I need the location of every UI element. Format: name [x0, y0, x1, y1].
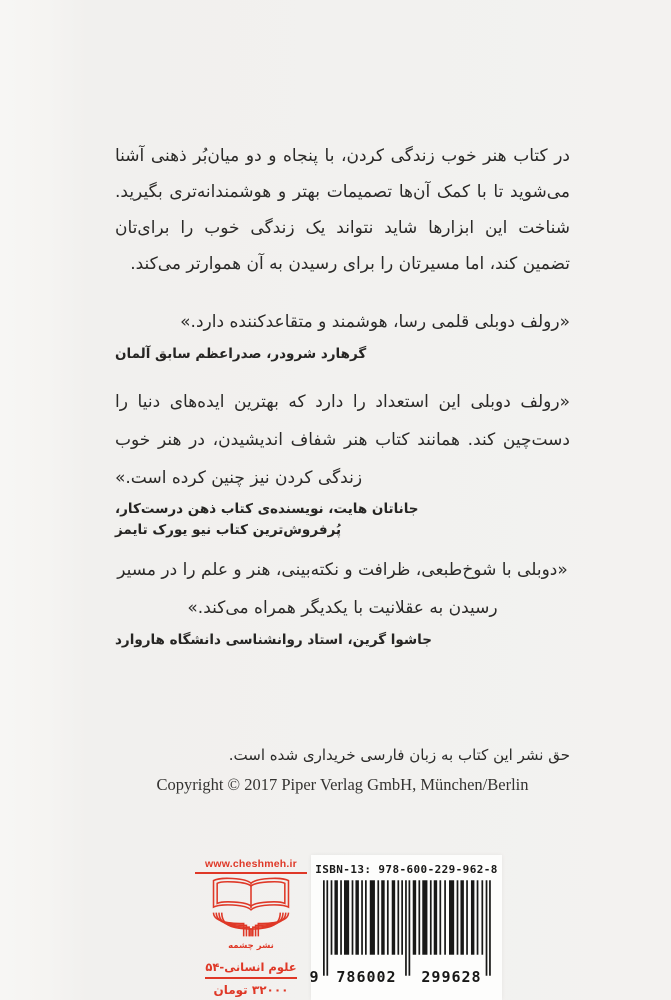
quote-text: رسیدن به عقلانیت با یکدیگر همراه می‌کند.… [115, 589, 570, 627]
quote-block-1: «رولف دوبلی قلمی رسا، هوشمند و متقاعدکنن… [115, 303, 570, 365]
quote-attribution: جاشوا گرین، استاد روانشناسی دانشگاه هارو… [115, 630, 570, 651]
quote-text: «رولف دوبلی قلمی رسا، هوشمند و متقاعدکنن… [115, 303, 570, 341]
quote-text: دست‌چین کند. همانند کتاب هنر شفاف اندیشی… [115, 421, 570, 459]
publisher-block: www.cheshmeh.ir نشر چشمه علوم انسانی-۵۴ … [189, 858, 313, 997]
series-label: علوم انسانی-۵۴ [189, 960, 313, 974]
copyright-line: Copyright © 2017 Piper Verlag GmbH, Münc… [115, 775, 570, 795]
quote-text: «رولف دوبلی این استعداد را دارد که بهتری… [115, 383, 570, 421]
barcode-digit-left: 9 [310, 968, 319, 986]
intro-line: تضمین کند، اما مسیرتان را برای رسیدن به … [115, 246, 570, 282]
barcode-digit-group2: 299628 [413, 968, 491, 986]
quote-text: زندگی کردن نیز چنین کرده است.» [115, 459, 570, 497]
publisher-website: www.cheshmeh.ir [189, 858, 313, 870]
quote-attribution: پُرفروش‌ترین کتاب نیو یورک تایمز [115, 520, 570, 541]
open-book-spring-icon [189, 876, 313, 944]
quote-attribution: گرهارد شرودر، صدراعظم سابق آلمان [115, 344, 570, 365]
quote-block-3: «دوبلی با شوخ‌طبعی، ظرافت و نکته‌بینی، ه… [115, 551, 570, 651]
isbn-label: ISBN-13: 978-600-229-962-8 [311, 855, 502, 876]
red-divider [195, 872, 307, 874]
quote-text: «دوبلی با شوخ‌طبعی، ظرافت و نکته‌بینی، ه… [115, 551, 570, 589]
red-divider [205, 977, 297, 979]
intro-paragraph: در کتاب هنر خوب زندگی کردن، با پنجاه و د… [115, 138, 570, 282]
ean13-barcode-icon: 9 786002 299628 [323, 880, 491, 992]
book-back-cover: { "colors": { "accent_red": "#df3827", "… [0, 0, 671, 1000]
rights-line-persian: حق نشر این کتاب به زبان فارسی خریداری شد… [115, 746, 570, 764]
intro-line: شناخت این ابزارها شاید نتواند یک زندگی خ… [115, 210, 570, 246]
barcode-panel: ISBN-13: 978-600-229-962-8 [311, 855, 502, 1000]
barcode-digit-group1: 786002 [328, 968, 406, 986]
intro-line: می‌شوید تا با کمک آن‌ها تصمیمات بهتر و ه… [115, 174, 570, 210]
quote-attribution: جاناتان هایت، نویسنده‌ی کتاب ذهن درست‌کا… [115, 499, 570, 520]
price-label: ۳۲۰۰۰ تومان [189, 983, 313, 997]
quote-block-2: «رولف دوبلی این استعداد را دارد که بهتری… [115, 383, 570, 541]
intro-line: در کتاب هنر خوب زندگی کردن، با پنجاه و د… [115, 138, 570, 174]
